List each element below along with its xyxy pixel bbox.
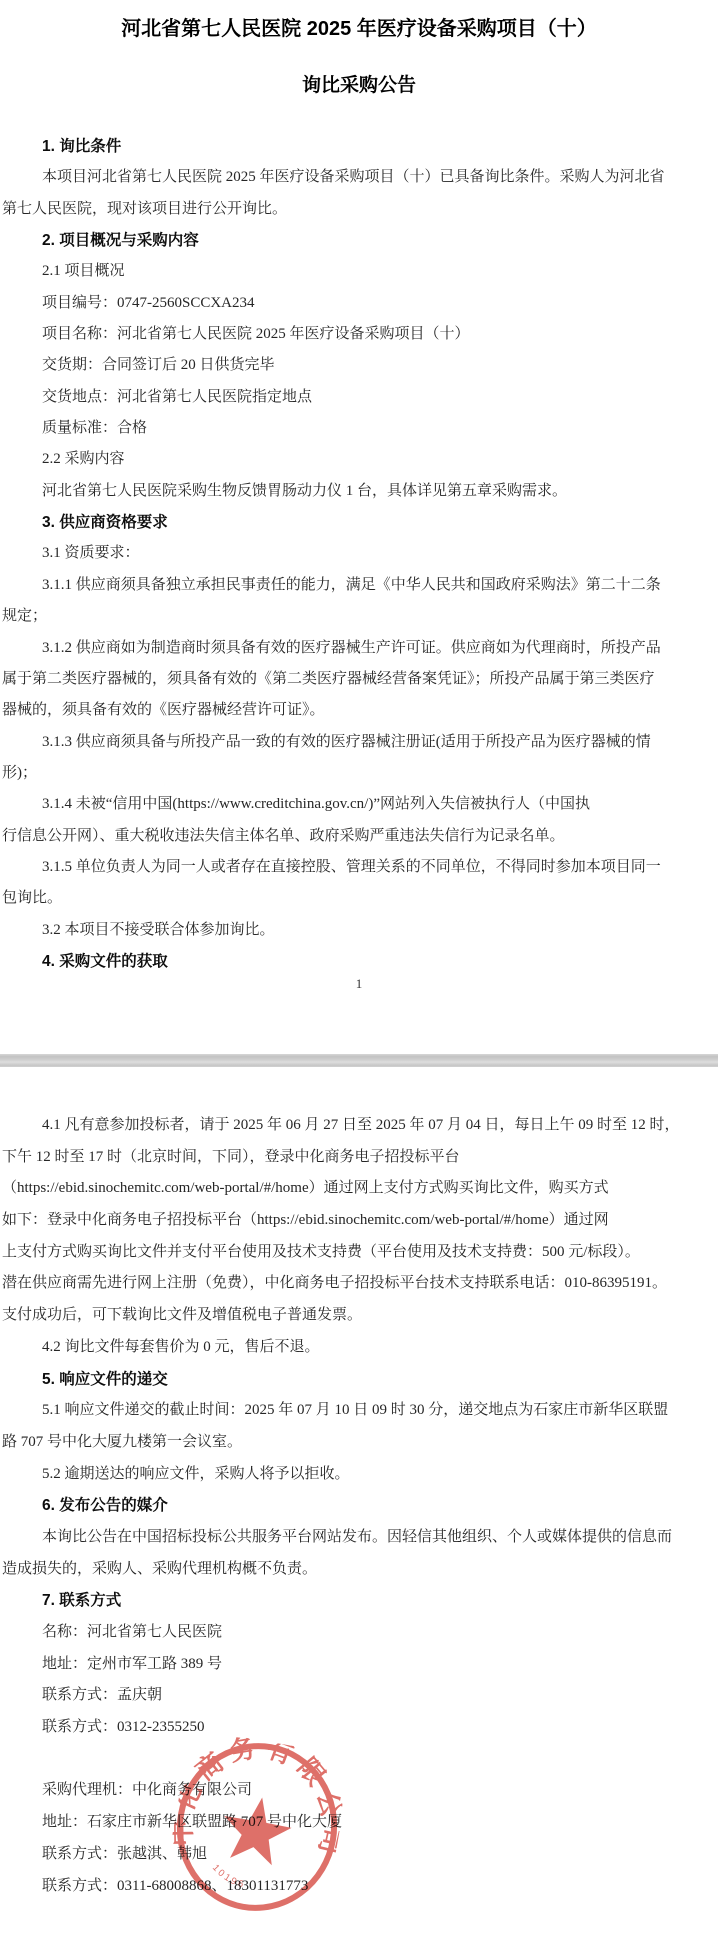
section-heading: 4. 采购文件的获取 (0, 946, 718, 977)
text-line: 潜在供应商需先进行网上注册（免费），中化商务电子招投标平台技术支持联系电话：01… (0, 1268, 718, 1300)
text-line: 包询比。 (0, 883, 718, 914)
section-heading: 3. 供应商资格要求 (0, 507, 718, 538)
text-line: 行信息公开网）、重大税收违法失信主体名单、政府采购严重违法失信行为记录名单。 (0, 821, 718, 852)
text-line: 第七人民医院，现对该项目进行公开询比。 (0, 194, 718, 225)
text-line: 质量标准：合格 (0, 413, 718, 444)
text-line: 采购代理机：中化商务有限公司 (0, 1775, 718, 1807)
text-line: 项目编号：0747-2560SCCXA234 (0, 288, 718, 319)
text-line (0, 1744, 718, 1776)
text-line: 支付成功后，可下载询比文件及增值税电子普通发票。 (0, 1300, 718, 1332)
text-line: 3.2 本项目不接受联合体参加询比。 (0, 915, 718, 946)
text-line: 交货地点：河北省第七人民医院指定地点 (0, 382, 718, 413)
text-line: 3.1.4 未被“信用中国(https://www.creditchina.go… (0, 789, 718, 820)
text-line: 地址：定州市军工路 389 号 (0, 1649, 718, 1681)
document-title: 河北省第七人民医院 2025 年医疗设备采购项目（十） (0, 12, 718, 41)
text-line: 本项目河北省第七人民医院 2025 年医疗设备采购项目（十）已具备询比条件。采购… (0, 162, 718, 193)
text-line: 本询比公告在中国招标投标公共服务平台网站发布。因轻信其他组织、个人或媒体提供的信… (0, 1522, 718, 1554)
page-1-body: 1. 询比条件本项目河北省第七人民医院 2025 年医疗设备采购项目（十）已具备… (0, 131, 718, 977)
text-line: 项目名称：河北省第七人民医院 2025 年医疗设备采购项目（十） (0, 319, 718, 350)
text-line: 2.1 项目概况 (0, 256, 718, 287)
section-heading: 7. 联系方式 (0, 1585, 718, 1617)
text-line: 规定； (0, 601, 718, 632)
text-line: 地址：石家庄市新华区联盟路 707 号中化大厦 (0, 1807, 718, 1839)
text-line: 3.1.2 供应商如为制造商时须具备有效的医疗器械生产许可证。供应商如为代理商时… (0, 633, 718, 664)
text-line: 如下：登录中化商务电子招投标平台（https://ebid.sinochemit… (0, 1205, 718, 1237)
text-line: 联系方式：0311-68008868、18301131773 (0, 1871, 718, 1903)
text-line: 5.1 响应文件递交的截止时间：2025 年 07 月 10 日 09 时 30… (0, 1395, 718, 1427)
text-line: 3.1.1 供应商须具备独立承担民事责任的能力，满足《中华人民共和国政府采购法》… (0, 570, 718, 601)
text-line: 5.2 逾期送达的响应文件，采购人将予以拒收。 (0, 1459, 718, 1491)
page-number: 1 (0, 976, 718, 992)
section-heading: 1. 询比条件 (0, 131, 718, 162)
text-line: 属于第二类医疗器械的，须具备有效的《第二类医疗器械经营备案凭证》；所投产品属于第… (0, 664, 718, 695)
text-line: 3.1.5 单位负责人为同一人或者存在直接控股、管理关系的不同单位，不得同时参加… (0, 852, 718, 883)
text-line: 器械的，须具备有效的《医疗器械经营许可证》。 (0, 695, 718, 726)
text-line: 联系方式：0312-2355250 (0, 1712, 718, 1744)
section-heading: 6. 发布公告的媒介 (0, 1490, 718, 1522)
section-heading: 5. 响应文件的递交 (0, 1364, 718, 1396)
document-subtitle: 询比采购公告 (0, 70, 718, 97)
text-line: 造成损失的，采购人、采购代理机构概不负责。 (0, 1554, 718, 1586)
section-heading: 2. 项目概况与采购内容 (0, 225, 718, 256)
text-line: 交货期：合同签订后 20 日供货完毕 (0, 350, 718, 381)
text-line: 下午 12 时至 17 时（北京时间，下同），登录中化商务电子招投标平台 (0, 1142, 718, 1174)
page-2-body: 4.1 凡有意参加投标者，请于 2025 年 06 月 27 日至 2025 年… (0, 1110, 718, 1902)
text-line: 2.2 采购内容 (0, 444, 718, 475)
page-divider (0, 1054, 718, 1067)
text-line: 联系方式：张越淇、韩旭 (0, 1839, 718, 1871)
text-line: 上支付方式购买询比文件并支付平台使用及技术支持费（平台使用及技术支持费：500 … (0, 1237, 718, 1269)
text-line: （https://ebid.sinochemitc.com/web-portal… (0, 1173, 718, 1205)
text-line: 联系方式：孟庆朝 (0, 1680, 718, 1712)
text-line: 4.2 询比文件每套售价为 0 元，售后不退。 (0, 1332, 718, 1364)
text-line: 4.1 凡有意参加投标者，请于 2025 年 06 月 27 日至 2025 年… (0, 1110, 718, 1142)
text-line: 路 707 号中化大厦九楼第一会议室。 (0, 1427, 718, 1459)
text-line: 3.1 资质要求： (0, 538, 718, 569)
text-line: 形)； (0, 758, 718, 789)
text-line: 名称：河北省第七人民医院 (0, 1617, 718, 1649)
text-line: 河北省第七人民医院采购生物反馈胃肠动力仪 1 台，具体详见第五章采购需求。 (0, 476, 718, 507)
text-line: 3.1.3 供应商须具备与所投产品一致的有效的医疗器械注册证(适用于所投产品为医… (0, 727, 718, 758)
